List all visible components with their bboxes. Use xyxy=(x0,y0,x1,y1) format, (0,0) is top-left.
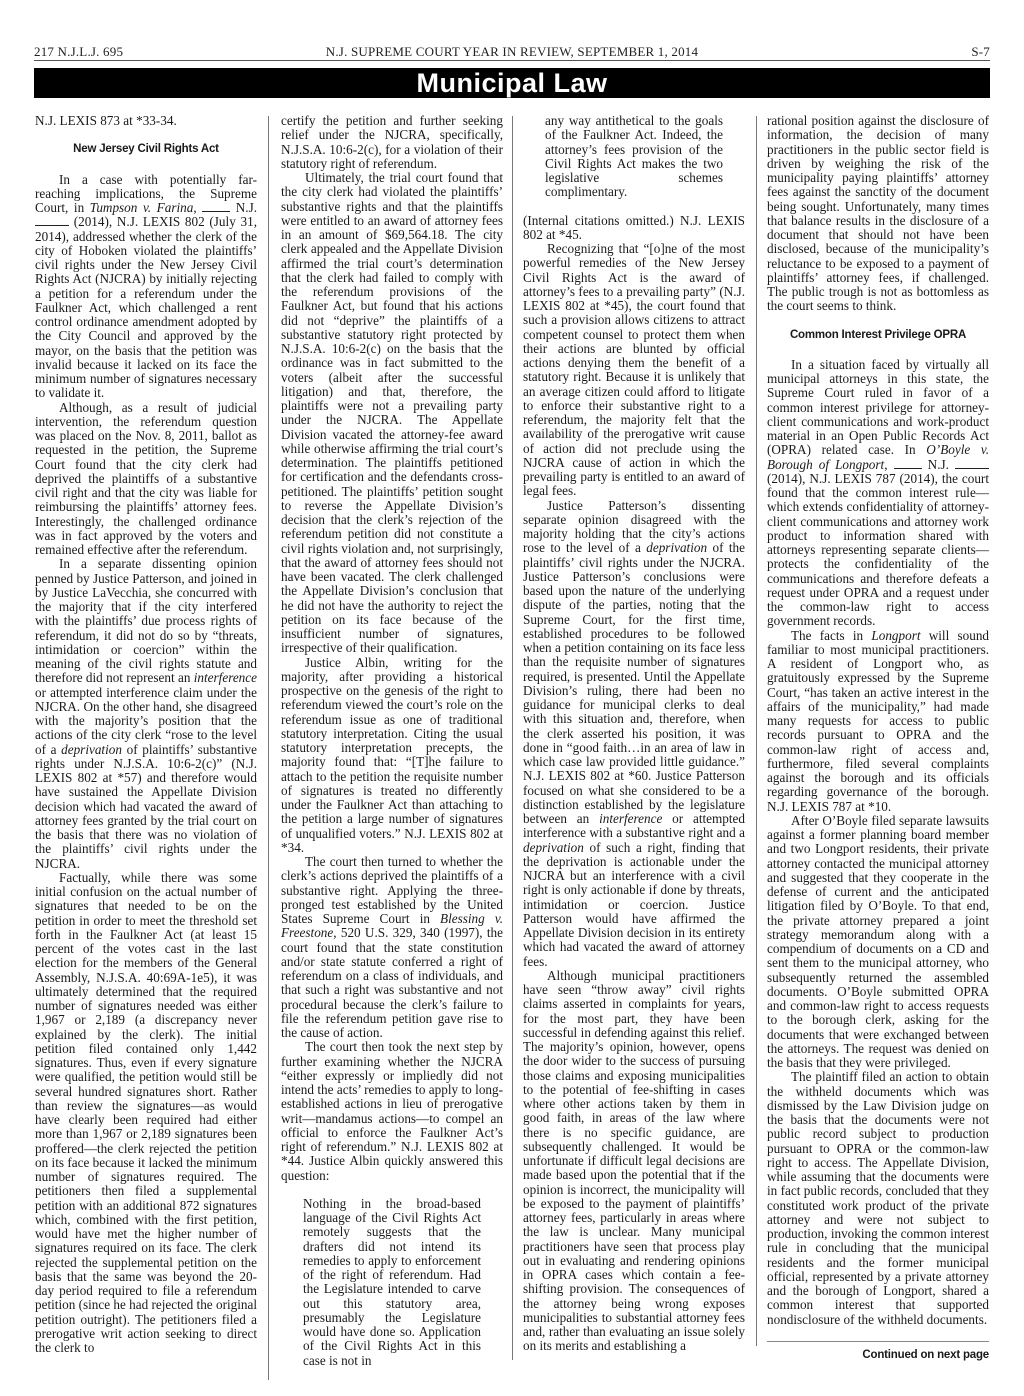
paragraph: Recognizing that “[o]ne of the most powe… xyxy=(523,242,745,499)
quote-text: Nothing in the broad-based language of t… xyxy=(303,1197,481,1368)
page-number: S-7 xyxy=(971,44,990,60)
running-head: 217 N.J.L.J. 695 N.J. SUPREME COURT YEAR… xyxy=(34,44,990,61)
subheading-civil-rights-act: New Jersey Civil Rights Act xyxy=(35,142,257,156)
citation-blank xyxy=(35,215,69,226)
paragraph: rational position against the disclosure… xyxy=(767,114,989,314)
paragraph: Ultimately, the trial court found that t… xyxy=(281,171,503,656)
block-quote: Nothing in the broad-based language of t… xyxy=(303,1197,481,1368)
quote-text: any way antithetical to the goals of the… xyxy=(545,114,723,200)
paragraph: The plaintiff filed an action to obtain … xyxy=(767,1070,989,1327)
paragraph: The court then turned to whether the cle… xyxy=(281,855,503,1040)
paragraph: Justice Albin, writing for the majority,… xyxy=(281,656,503,856)
case-name: Tumpson v. Farina xyxy=(90,200,194,215)
paragraph: Justice Patterson’s dissenting separate … xyxy=(523,499,745,969)
paragraph: Although municipal practitioners have se… xyxy=(523,969,745,1354)
case-name: Longport xyxy=(871,628,920,643)
paragraph: In a case with potentially far-reaching … xyxy=(35,173,257,401)
block-quote: any way antithetical to the goals of the… xyxy=(545,114,723,200)
footer-rule xyxy=(767,1341,989,1342)
continued-on-next-page: Continued on next page xyxy=(767,1348,989,1362)
paragraph: (Internal citations omitted.) N.J. LEXIS… xyxy=(523,214,745,243)
article-column-3: any way antithetical to the goals of the… xyxy=(523,114,745,1354)
column-divider xyxy=(512,116,513,1360)
paragraph: After O’Boyle filed separate lawsuits ag… xyxy=(767,814,989,1071)
paragraph: In a situation faced by virtually all mu… xyxy=(767,358,989,629)
column-divider xyxy=(756,116,757,1346)
paragraph: In a separate dissenting opinion penned … xyxy=(35,557,257,871)
paragraph: Although, as a result of judicial interv… xyxy=(35,401,257,558)
subheading-common-interest-privilege: Common Interest Privilege OPRA xyxy=(767,328,989,342)
paragraph: N.J. LEXIS 873 at *33-34. xyxy=(35,114,257,128)
article-column-4: rational position against the disclosure… xyxy=(767,114,989,1362)
article-column-1: N.J. LEXIS 873 at *33-34. New Jersey Civ… xyxy=(35,114,257,1355)
citation-blank xyxy=(202,201,230,212)
section-banner: Municipal Law xyxy=(34,68,990,98)
paragraph: certify the petition and further seeking… xyxy=(281,114,503,171)
paragraph: The facts in Longport will sound familia… xyxy=(767,629,989,814)
column-divider xyxy=(268,116,269,1380)
citation-blank xyxy=(955,458,989,469)
citation-blank xyxy=(894,458,922,469)
publication-title: N.J. SUPREME COURT YEAR IN REVIEW, SEPTE… xyxy=(34,44,990,60)
paragraph: Factually, while there was some initial … xyxy=(35,871,257,1356)
paragraph: The court then took the next step by fur… xyxy=(281,1040,503,1183)
article-column-2: certify the petition and further seeking… xyxy=(281,114,503,1382)
